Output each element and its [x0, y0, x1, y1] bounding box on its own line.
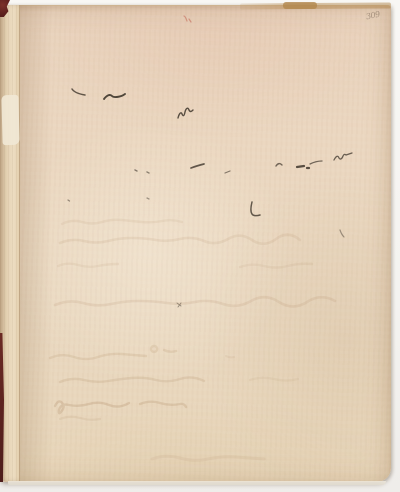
scan-background: 309 — [0, 0, 400, 492]
paper-grain-texture — [0, 6, 391, 482]
page-top-edge-tear — [283, 2, 317, 9]
stub-light-patch — [1, 95, 19, 145]
binding-gutter-shadow — [20, 5, 52, 481]
manuscript-page — [0, 5, 391, 482]
page-bottom-edge-underleaf — [8, 481, 386, 485]
